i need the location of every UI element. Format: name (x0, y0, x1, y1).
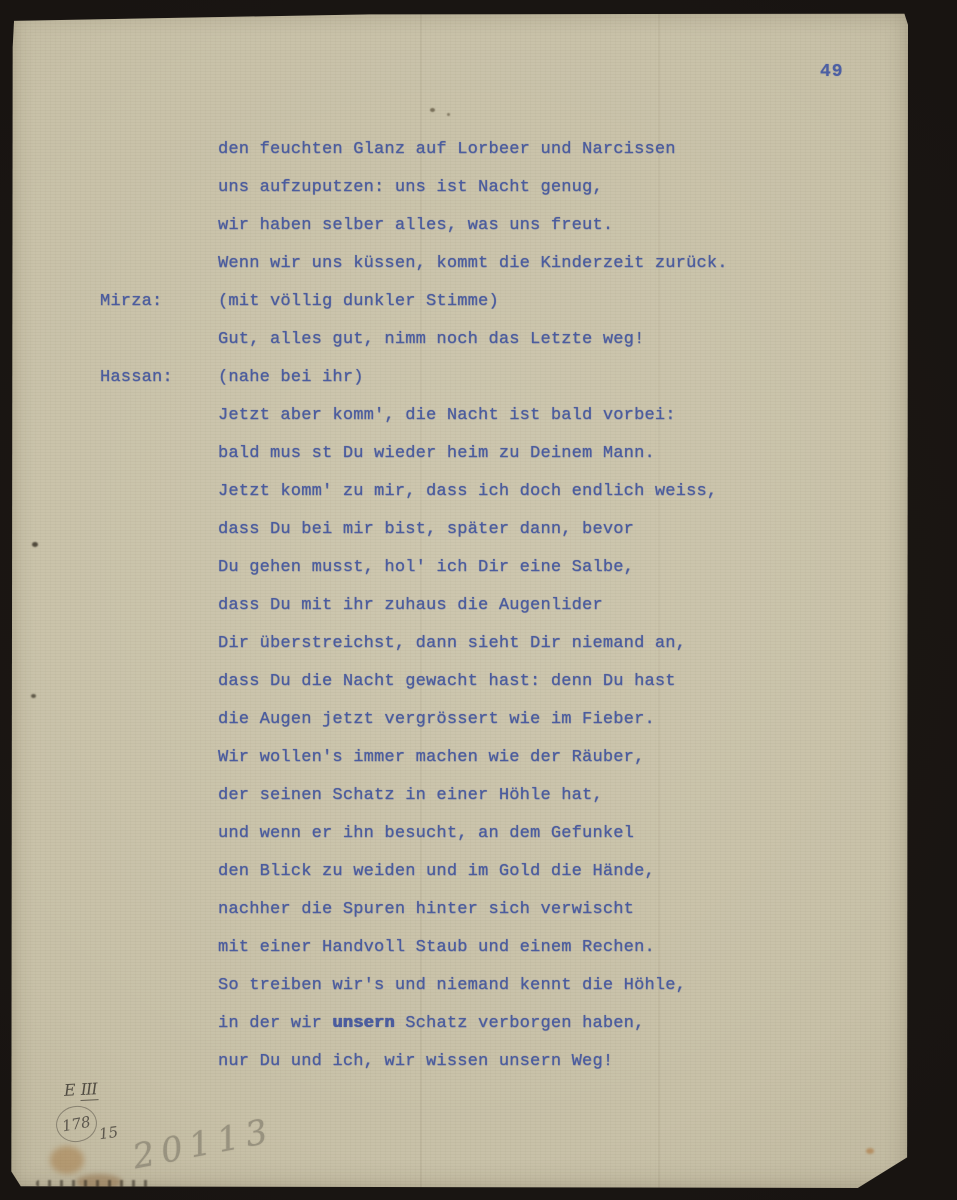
typewritten-text-block: den feuchten Glanz auf Lorbeer und Narci… (218, 131, 728, 1081)
script-line: Dir überstreichst, dann sieht Dir nieman… (218, 625, 728, 663)
script-line: Mirza:(mit völlig dunkler Stimme) (218, 283, 728, 321)
line-text: die Augen jetzt vergrössert wie im Fiebe… (218, 710, 655, 729)
line-text: in der wir (218, 1014, 332, 1033)
archive-mark-letter: E (64, 1080, 78, 1100)
pencil-inventory-number: 20113 (129, 1111, 277, 1178)
line-text: der seinen Schatz in einer Höhle hat, (218, 786, 603, 805)
line-text: den feuchten Glanz auf Lorbeer und Narci… (218, 140, 676, 159)
scan-background: 49 den feuchten Glanz auf Lorbeer und Na… (0, 0, 957, 1200)
script-line: Hassan:(nahe bei ihr) (218, 359, 728, 397)
script-line: Wir wollen's immer machen wie der Räuber… (218, 739, 728, 777)
line-text: dass Du mit ihr zuhaus die Augenlider (218, 596, 603, 615)
script-line: wir haben selber alles, was uns freut. (218, 207, 728, 245)
stain (36, 1180, 156, 1187)
line-text: (nahe bei ihr) (218, 368, 364, 387)
stain (50, 1146, 84, 1174)
line-text: bald mus st Du wieder heim zu Deinem Man… (218, 444, 655, 463)
line-text: den Blick zu weiden und im Gold die Händ… (218, 862, 655, 881)
line-text: Gut, alles gut, nimm noch das Letzte weg… (218, 330, 644, 349)
stain (32, 542, 38, 547)
script-line: und wenn er ihn besucht, an dem Gefunkel (218, 815, 728, 853)
folio-number-suffix: 15 (97, 1123, 118, 1143)
line-text: uns aufzuputzen: uns ist Nacht genug, (218, 178, 603, 197)
script-line: bald mus st Du wieder heim zu Deinem Man… (218, 435, 728, 473)
line-text: Du gehen musst, hol' ich Dir eine Salbe, (218, 558, 634, 577)
script-line: dass Du die Nacht gewacht hast: denn Du … (218, 663, 728, 701)
archive-mark: EIII (64, 1079, 99, 1100)
stain (447, 113, 450, 116)
line-text: Jetzt aber komm', die Nacht ist bald vor… (218, 406, 676, 425)
line-text: Wenn wir uns küssen, kommt die Kinderzei… (218, 254, 728, 273)
line-text: Schatz verborgen haben, (395, 1014, 645, 1033)
stain (430, 108, 435, 112)
stain (31, 694, 36, 698)
script-line: dass Du bei mir bist, später dann, bevor (218, 511, 728, 549)
script-line: den Blick zu weiden und im Gold die Händ… (218, 853, 728, 891)
script-line: die Augen jetzt vergrössert wie im Fiebe… (218, 701, 728, 739)
line-text: Jetzt komm' zu mir, dass ich doch endlic… (218, 482, 717, 501)
line-text: Dir überstreichst, dann sieht Dir nieman… (218, 634, 686, 653)
script-line: Du gehen musst, hol' ich Dir eine Salbe, (218, 549, 728, 587)
script-line: Gut, alles gut, nimm noch das Letzte weg… (218, 321, 728, 359)
archive-mark-numeral: III (79, 1079, 98, 1101)
line-text: wir haben selber alles, was uns freut. (218, 216, 613, 235)
page-number: 49 (820, 62, 844, 82)
script-line: mit einer Handvoll Staub und einem Reche… (218, 929, 728, 967)
line-text: (mit völlig dunkler Stimme) (218, 292, 499, 311)
circled-folio-number: 178 (53, 1103, 99, 1146)
script-line: den feuchten Glanz auf Lorbeer und Narci… (218, 131, 728, 169)
script-line: dass Du mit ihr zuhaus die Augenlider (218, 587, 728, 625)
line-text: nachher die Spuren hinter sich verwischt (218, 900, 634, 919)
script-line: Jetzt aber komm', die Nacht ist bald vor… (218, 397, 728, 435)
script-line: nur Du und ich, wir wissen unsern Weg! (218, 1043, 728, 1081)
folio-annotation: 17815 (56, 1106, 118, 1142)
line-text: So treiben wir's und niemand kennt die H… (218, 976, 686, 995)
speaker-label: Mirza: (100, 283, 162, 321)
stain (866, 1148, 874, 1154)
line-text: nur Du und ich, wir wissen unsern Weg! (218, 1052, 613, 1071)
script-line: nachher die Spuren hinter sich verwischt (218, 891, 728, 929)
script-line: So treiben wir's und niemand kennt die H… (218, 967, 728, 1005)
script-line: Jetzt komm' zu mir, dass ich doch endlic… (218, 473, 728, 511)
script-line: uns aufzuputzen: uns ist Nacht genug, (218, 169, 728, 207)
script-line: in der wir unsern Schatz verborgen haben… (218, 1005, 728, 1043)
line-text: und wenn er ihn besucht, an dem Gefunkel (218, 824, 634, 843)
overtyped-word: unsern (332, 1014, 394, 1033)
line-text: Wir wollen's immer machen wie der Räuber… (218, 748, 644, 767)
manuscript-page: 49 den feuchten Glanz auf Lorbeer und Na… (10, 12, 908, 1188)
line-text: dass Du bei mir bist, später dann, bevor (218, 520, 634, 539)
line-text: dass Du die Nacht gewacht hast: denn Du … (218, 672, 676, 691)
line-text: mit einer Handvoll Staub und einem Reche… (218, 938, 655, 957)
script-line: der seinen Schatz in einer Höhle hat, (218, 777, 728, 815)
speaker-label: Hassan: (100, 359, 173, 397)
script-line: Wenn wir uns küssen, kommt die Kinderzei… (218, 245, 728, 283)
